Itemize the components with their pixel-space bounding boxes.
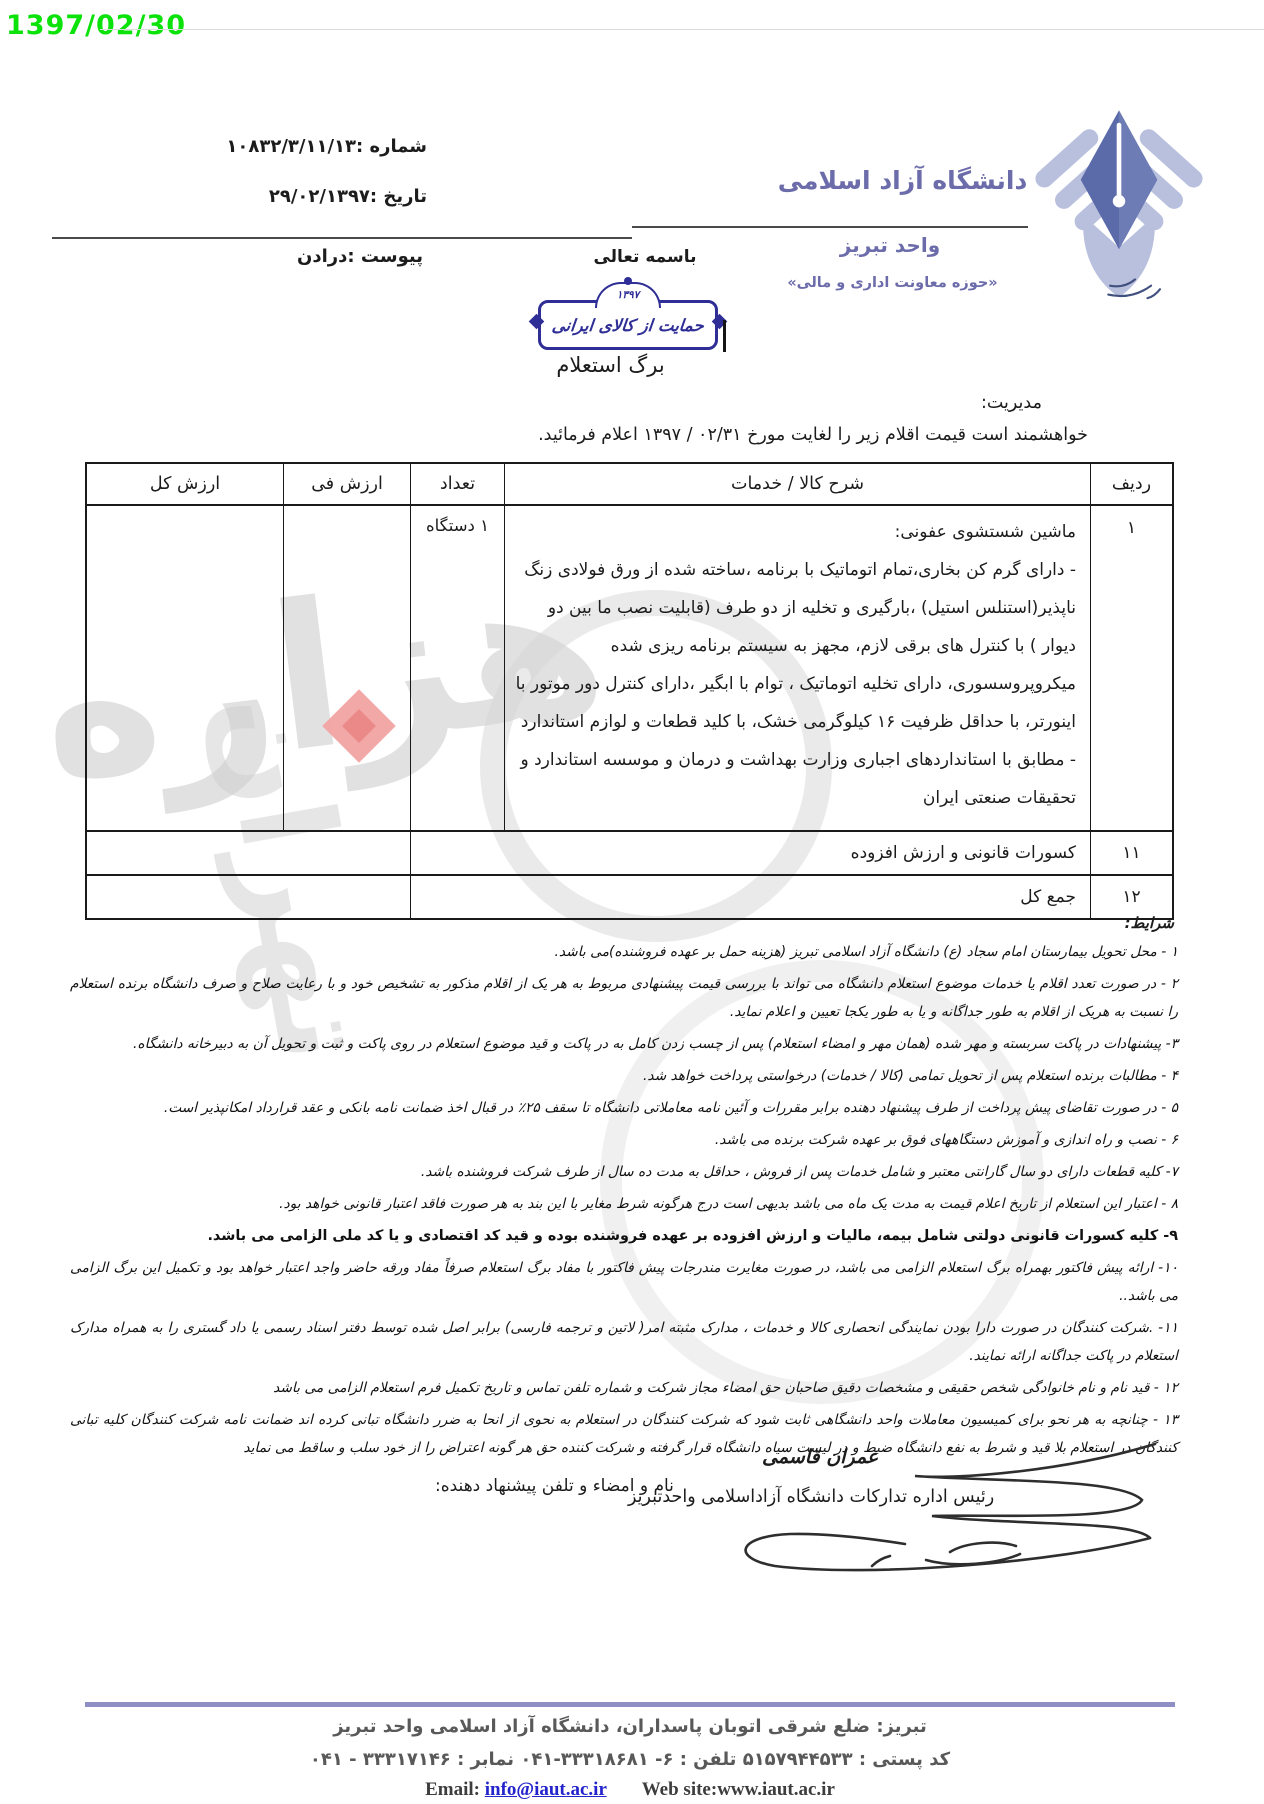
- item1-quantity: ۱ دستگاه: [410, 506, 504, 830]
- cursor-artifact: [723, 320, 726, 352]
- header-description: شرح کالا / خدمات: [504, 464, 1090, 504]
- table-row-deductions: ۱۱ کسورات قانونی و ارزش افزوده: [87, 832, 1172, 876]
- addressee-line: مدیریت:: [981, 393, 1042, 413]
- letter-date: تاریخ :۲۹/۰۲/۱۳۹۷: [269, 186, 427, 207]
- condition-item-3: ۳- پیشنهادات در پاکت سربسته و مهر شده (ه…: [70, 1030, 1178, 1058]
- inquiry-table: ردیف شرح کالا / خدمات تعداد ارزش فی ارزش…: [85, 462, 1174, 920]
- table-header-row: ردیف شرح کالا / خدمات تعداد ارزش فی ارزش…: [87, 464, 1172, 506]
- header-quantity: تعداد: [410, 464, 504, 504]
- university-name: دانشگاه آزاد اسلامی: [770, 166, 1035, 195]
- conditions-section: شرایط: ۱ - محل تحویل بیمارستان امام سجاد…: [70, 914, 1178, 1466]
- condition-item-8: ۸ - اعتبار این استعلام از تاریخ اعلام قی…: [70, 1190, 1178, 1218]
- footer-address: تبریز: ضلع شرقی اتوبان پاسداران، دانشگاه…: [85, 1716, 1175, 1737]
- request-line: خواهشمند است قیمت اقلام زیر را لغایت مور…: [538, 425, 1088, 445]
- header-divider-right: [632, 226, 1028, 228]
- header-divider-left: [52, 237, 632, 239]
- header-unit-value: ارزش فی: [283, 464, 410, 504]
- besmele-text: باسمه تعالی: [570, 247, 720, 267]
- footer-web-line: Email: info@iaut.ac.ir Web site:www.iaut…: [85, 1779, 1175, 1801]
- header-total-value: ارزش کل: [87, 464, 283, 504]
- condition-item-9: ۹- کلیه کسورات قانونی دولتی شامل بیمه، م…: [70, 1222, 1178, 1250]
- request-suffix: اعلام فرمائید.: [538, 425, 638, 445]
- item1-description: ماشین شستشوی عفونی: - دارای گرم کن بخاری…: [504, 506, 1090, 830]
- handwritten-signature: [700, 1430, 1170, 1580]
- table-row-grand-total: ۱۲ جمع کل: [87, 876, 1172, 918]
- letter-attachment: پیوست :درادن: [297, 246, 423, 267]
- condition-item-4: ۴ - مطالبات برنده استعلام پس از تحویل تم…: [70, 1062, 1178, 1090]
- item1-unit-value: [283, 506, 410, 830]
- grand-total-value: [87, 876, 410, 918]
- condition-item-7: ۷- کلیه قطعات دارای دو سال گارانتی معتبر…: [70, 1158, 1178, 1186]
- email-link[interactable]: info@iaut.ac.ir: [485, 1779, 607, 1800]
- iranian-goods-stamp: حمایت از کالای ایرانی ۱۳۹۷: [538, 282, 718, 352]
- university-branch: واحد تبریز: [790, 233, 990, 257]
- document-title: برگ استعلام: [518, 353, 703, 377]
- deductions-row-number: ۱۱: [1090, 832, 1172, 874]
- university-logo-icon: [1030, 58, 1208, 314]
- condition-item-6: ۶ - نصب و راه اندازی و آموزش دستگاههای ف…: [70, 1126, 1178, 1154]
- request-deadline-date: ۱۳۹۷ / ۰۲/۳۱: [643, 425, 741, 445]
- condition-item-1: ۱ - محل تحویل بیمارستان امام سجاد (ع) دا…: [70, 938, 1178, 966]
- item1-row-number: ۱: [1090, 506, 1172, 830]
- deductions-value: [87, 832, 410, 874]
- table-row-item1: ۱ ماشین شستشوی عفونی: - دارای گرم کن بخا…: [87, 506, 1172, 832]
- condition-item-2: ۲ - در صورت تعدد اقلام یا خدمات موضوع اس…: [70, 970, 1178, 1026]
- scan-timestamp: 1397/02/30: [6, 10, 186, 41]
- condition-item-12: ۱۲ - قید نام و نام خانوادگی شخص حقیقی و …: [70, 1374, 1178, 1402]
- top-divider-line: [100, 29, 1264, 30]
- stamp-slogan: حمایت از کالای ایرانی: [551, 316, 705, 335]
- stamp-year-badge: ۱۳۹۷: [595, 282, 661, 308]
- header-row-number: ردیف: [1090, 464, 1172, 504]
- website-text: Web site:www.iaut.ac.ir: [642, 1779, 835, 1800]
- deductions-label: کسورات قانونی و ارزش افزوده: [410, 832, 1090, 874]
- condition-item-11: ۱۱- .شرکت کنندگان در صورت دارا بودن نمای…: [70, 1314, 1178, 1370]
- university-department: «حوزه معاونت اداری و مالی»: [775, 275, 1010, 291]
- request-prefix: خواهشمند است قیمت اقلام زیر را لغایت مور…: [747, 425, 1088, 445]
- email-label: Email:: [425, 1779, 480, 1800]
- grand-total-label: جمع کل: [410, 876, 1090, 918]
- condition-item-5: ۵ - در صورت تقاضای پیش پرداخت از طرف پیش…: [70, 1094, 1178, 1122]
- conditions-heading: شرایط:: [70, 914, 1174, 932]
- footer-rule: [85, 1702, 1175, 1707]
- footer-contact: کد پستی : ۵۱۵۷۹۴۴۵۳۳ تلفن : ۶- ۳۳۳۱۸۶۸۱-…: [85, 1749, 1175, 1770]
- inquiry-document-page: هزاره تهران 1397/02/30 شماره :۱۰۸۳۲/۳/۱۱…: [0, 0, 1264, 1804]
- grand-total-row-number: ۱۲: [1090, 876, 1172, 918]
- condition-item-10: ۱۰- ارائه پیش فاکتور بهمراه برگ استعلام …: [70, 1254, 1178, 1310]
- letter-number: شماره :۱۰۸۳۲/۳/۱۱/۱۳: [226, 136, 427, 157]
- item1-total-value: [87, 506, 283, 830]
